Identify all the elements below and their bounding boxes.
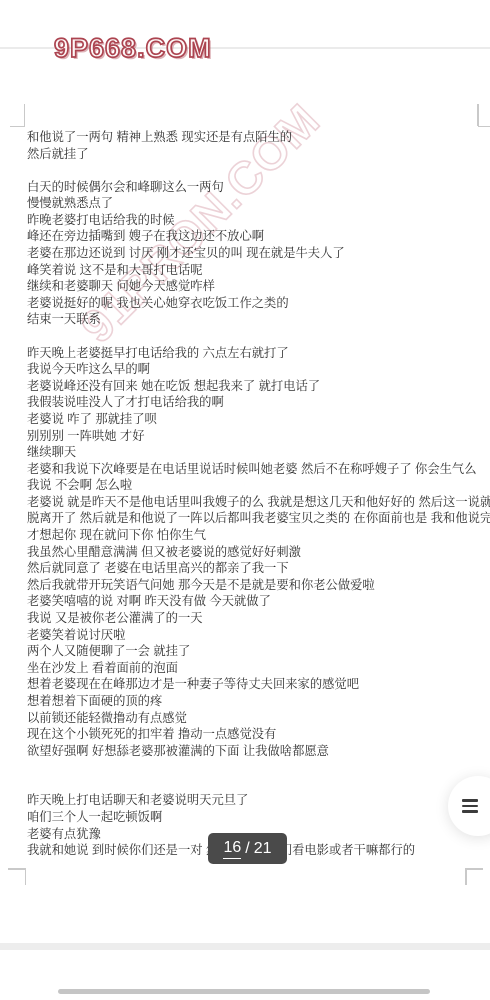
page-indicator-total: 21: [254, 840, 272, 858]
page-text[interactable]: 和他说了一两句 精神上熟悉 现实还是有点陌生的然后就挂了白天的时候偶尔会和峰聊这…: [27, 129, 477, 859]
text-line: 老婆笑嘻嘻的说 对啊 昨天没有做 今天就做了: [27, 593, 477, 610]
text-line: 我假装说哇没人了才打电话给我的啊: [27, 394, 477, 411]
page-indicator: 16 / 21: [208, 833, 287, 864]
text-line: 老婆在那边还说到 讨厌 刚才还宝贝的叫 现在就是牛夫人了: [27, 245, 477, 262]
text-line: 老婆说挺好的呢 我也关心她穿衣吃饭工作之类的: [27, 295, 477, 312]
text-line: 我说今天咋这么早的啊: [27, 361, 477, 378]
text-line: 昨天晚上打电话聊天和老婆说明天元旦了: [27, 792, 477, 809]
text-line: 继续聊天: [27, 444, 477, 461]
text-line: 老婆和我说下次峰要是在电话里说话时候叫她老婆 然后不在称呼嫂子了 你会生气么: [27, 461, 477, 478]
text-line: 然后就同意了 老婆在电话里高兴的都亲了我一下: [27, 560, 477, 577]
crop-mark-top-right-vertical: [477, 104, 479, 126]
text-line: 想着老婆现在在峰那边才是一种妻子等待丈夫回来家的感觉吧: [27, 676, 477, 693]
text-line: 现在这个小锁死死的扣牢着 撸动一点感觉没有: [27, 726, 477, 743]
crop-mark-top-right-horizontal: [478, 126, 490, 128]
menu-icon: [462, 799, 478, 813]
crop-mark-bottom-left-vertical: [25, 868, 27, 885]
paragraph: 和他说了一两句 精神上熟悉 现实还是有点陌生的然后就挂了: [27, 129, 477, 162]
text-line: 坐在沙发上 看着面前的泡面: [27, 660, 477, 677]
text-line: 欲望好强啊 好想舔老婆那被灌满的下面 让我做啥都愿意: [27, 743, 477, 760]
crop-mark-bottom-right-vertical: [465, 868, 467, 885]
text-line: 老婆说 就是昨天不是他电话里叫我嫂子的么 我就是想这几天和他好好的 然后这一说就…: [27, 494, 477, 511]
text-line: 峰笑着说 这不是和大哥打电话呢: [27, 262, 477, 279]
text-line: 然后就挂了: [27, 146, 477, 163]
text-line: 以前锁还能轻微撸动有点感觉: [27, 710, 477, 727]
text-line: 我虽然心里醋意满满 但又被老婆说的感觉好好刺激: [27, 544, 477, 561]
text-line: 两个人又随便聊了一会 就挂了: [27, 643, 477, 660]
text-line: 继续和老婆聊天 问她今天感觉咋样: [27, 278, 477, 295]
text-line: 然后我就带开玩笑语气问她 那今天是不是就是要和你老公做爱啦: [27, 577, 477, 594]
text-line: 昨天晚上老婆挺早打电话给我的 六点左右就打了: [27, 345, 477, 362]
text-line: 老婆说 咋了 那就挂了呗: [27, 411, 477, 428]
text-line: 昨晚老婆打电话给我的时候: [27, 212, 477, 229]
text-line: 慢慢就熟悉点了: [27, 195, 477, 212]
crop-mark-top-left-vertical: [24, 104, 26, 126]
text-line: 我说 不会啊 怎么啦: [27, 477, 477, 494]
site-logo-watermark: 9P668.COM: [54, 33, 212, 64]
crop-mark-top-left-horizontal: [10, 126, 25, 128]
crop-mark-bottom-right-horizontal: [465, 868, 483, 870]
crop-mark-bottom-left-horizontal: [8, 868, 26, 870]
text-line: 和他说了一两句 精神上熟悉 现实还是有点陌生的: [27, 129, 477, 146]
page-indicator-current: 16: [223, 839, 241, 859]
text-line: 老婆说峰还没有回来 她在吃饭 想起我来了 就打电话了: [27, 378, 477, 395]
paragraph: 昨天晚上老婆挺早打电话给我的 六点左右就打了我说今天咋这么早的啊老婆说峰还没有回…: [27, 345, 477, 760]
section-divider-band: [0, 943, 490, 950]
bottom-gray-bar: [58, 989, 430, 994]
text-line: 想着想着下面硬的顶的疼: [27, 693, 477, 710]
text-line: 别别别 一阵哄她 才好: [27, 428, 477, 445]
paragraph: 白天的时候偶尔会和峰聊这么一两句慢慢就熟悉点了昨晚老婆打电话给我的时候峰还在旁边…: [27, 179, 477, 328]
page-indicator-separator: /: [245, 840, 249, 858]
text-line: 峰还在旁边插嘴到 嫂子在我这边还不放心啊: [27, 228, 477, 245]
text-line: 脱离开了 然后就是和他说了一阵以后都叫我老婆宝贝之类的 在你面前也是 我和他说完…: [27, 510, 477, 527]
text-line: 结束一天联系: [27, 311, 477, 328]
text-line: 老婆笑着说讨厌啦: [27, 627, 477, 644]
text-line: 我说 又是被你老公灌满了的一天: [27, 610, 477, 627]
text-line: 才想起你 现在就问下你 怕你生气: [27, 527, 477, 544]
text-line: 白天的时候偶尔会和峰聊这么一两句: [27, 179, 477, 196]
text-line: 咱们三个人一起吃顿饭啊: [27, 809, 477, 826]
